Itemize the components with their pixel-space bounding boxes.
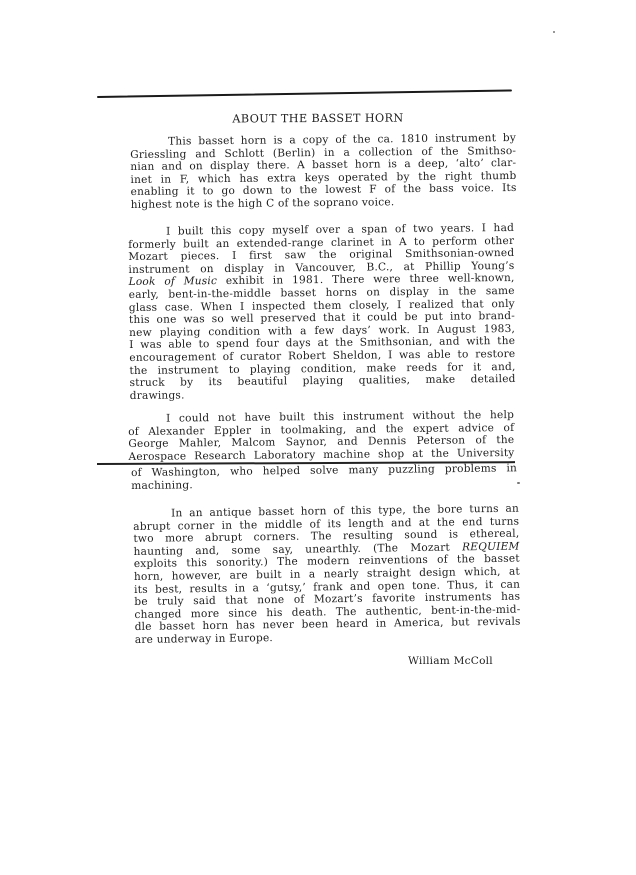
- paragraph-3: I could not have built this instrument w…: [128, 409, 515, 463]
- page-title: ABOUT THE BASSET HORN: [0, 110, 636, 126]
- paragraph-1: This basset horn is a copy of the ca. 18…: [130, 132, 517, 212]
- top-rule: [97, 89, 512, 98]
- scan-speck: [517, 482, 520, 484]
- paragraph-2: I built this copy myself over a span of …: [128, 222, 516, 402]
- paragraph-3-continued: of Washington, who helped solve many puz…: [131, 462, 517, 492]
- italic-title: Look of Music: [129, 275, 218, 288]
- text-line: highest note is the high C of the sopran…: [131, 195, 517, 212]
- scan-speck: [553, 31, 555, 33]
- paragraph-4: In an antique basset horn of this type, …: [133, 503, 521, 647]
- italic-title: REQUIEM: [462, 540, 520, 553]
- author-signature: William McColl: [408, 655, 493, 667]
